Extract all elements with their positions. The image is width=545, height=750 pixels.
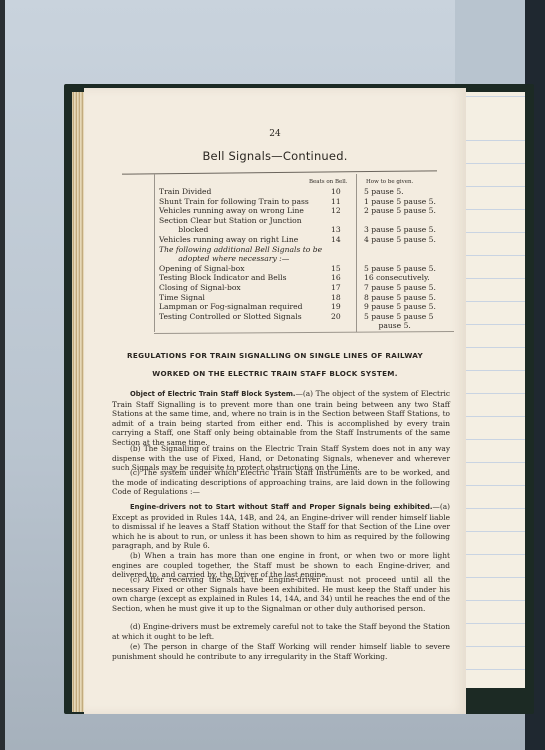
beats-value: 16 xyxy=(331,273,341,282)
paragraph: (c) After receiving the Staff, the Engin… xyxy=(112,575,450,613)
section-title: Bell Signals—Continued. xyxy=(84,149,466,163)
how-given: 4 pause 5 pause 5. xyxy=(364,235,436,244)
how-given: 5 pause 5. xyxy=(364,187,404,196)
beats-value: 15 xyxy=(331,264,341,273)
beats-value: 11 xyxy=(331,197,341,206)
signal-label: blocked xyxy=(159,225,208,234)
how-given: pause 5. xyxy=(364,321,411,330)
beats-value: 18 xyxy=(331,293,341,302)
paragraph: Engine-drivers not to Start without Staf… xyxy=(112,502,450,551)
signal-label: Train Divided xyxy=(159,187,211,196)
how-given: 1 pause 5 pause 5. xyxy=(364,197,436,206)
how-given: 16 consecutively. xyxy=(364,273,430,282)
signal-label: Time Signal xyxy=(159,293,205,302)
paragraph: (e) The person in charge of the Staff Wo… xyxy=(112,642,450,661)
beats-value: 13 xyxy=(331,225,341,234)
beats-value: 10 xyxy=(331,187,341,196)
bell-signals-table: Beats on Bell. How to be given. Train Di… xyxy=(154,174,454,335)
how-given: 9 pause 5 pause 5. xyxy=(364,302,436,311)
signal-label: The following additional Bell Signals to… xyxy=(159,245,322,254)
table-border-left xyxy=(154,174,155,332)
paragraph-text: (c) After receiving the Staff, the Engin… xyxy=(112,575,450,613)
table-border-mid xyxy=(356,174,357,332)
ledger-page xyxy=(464,92,525,688)
regulations-title-line1: REGULATIONS FOR TRAIN SIGNALLING ON SING… xyxy=(84,351,466,360)
how-given: 2 pause 5 pause 5. xyxy=(364,206,436,215)
column-header-how: How to be given. xyxy=(366,179,413,185)
book-page: 24 Bell Signals—Continued. Beats on Bell… xyxy=(84,88,466,714)
page-number: 24 xyxy=(84,129,466,139)
signal-label: Testing Block Indicator and Bells xyxy=(159,273,287,282)
signal-label: Vehicles running away on right Line xyxy=(159,235,298,244)
how-given: 5 pause 5 pause 5. xyxy=(364,264,436,273)
how-given: 7 pause 5 pause 5. xyxy=(364,283,436,292)
signal-label: Opening of Signal-box xyxy=(159,264,244,273)
paragraph-heading: Object of Electric Train Staff Block Sys… xyxy=(130,390,296,398)
signal-label: Vehicles running away on wrong Line xyxy=(159,206,304,215)
beats-value: 17 xyxy=(331,283,341,292)
beats-value: 20 xyxy=(331,312,341,321)
signal-label: Lampman or Fog-signalman required xyxy=(159,302,303,311)
beats-value: 19 xyxy=(331,302,341,311)
paragraph-text: (e) The person in charge of the Staff Wo… xyxy=(112,642,450,661)
scanner-edge-left xyxy=(0,0,5,750)
paragraph-heading: Engine-drivers not to Start without Staf… xyxy=(130,503,432,511)
how-given: 8 pause 5 pause 5. xyxy=(364,293,436,302)
paragraph: (d) Engine-drivers must be extremely car… xyxy=(112,622,450,641)
signal-label: Testing Controlled or Slotted Signals xyxy=(159,312,302,321)
signal-label: adopted where necessary :— xyxy=(159,254,289,263)
paragraph-text: (c) The system under which Electric Trai… xyxy=(112,468,450,496)
signal-label: Section Clear but Station or Junction xyxy=(159,216,302,225)
table-border-bottom xyxy=(154,331,454,334)
column-header-beats: Beats on Bell. xyxy=(309,179,348,185)
beats-value: 14 xyxy=(331,235,341,244)
paragraph-text: (d) Engine-drivers must be extremely car… xyxy=(112,622,450,641)
how-given: 5 pause 5 pause 5 xyxy=(364,312,434,321)
beats-value: 12 xyxy=(331,206,341,215)
how-given: 3 pause 5 pause 5. xyxy=(364,225,436,234)
paragraph: (c) The system under which Electric Trai… xyxy=(112,468,450,497)
regulations-title-line2: WORKED ON THE ELECTRIC TRAIN STAFF BLOCK… xyxy=(84,369,466,378)
signal-label: Closing of Signal-box xyxy=(159,283,241,292)
scanner-background xyxy=(455,0,525,90)
paragraph: Object of Electric Train Staff Block Sys… xyxy=(112,389,450,448)
signal-label: Shunt Train for following Train to pass xyxy=(159,197,309,206)
